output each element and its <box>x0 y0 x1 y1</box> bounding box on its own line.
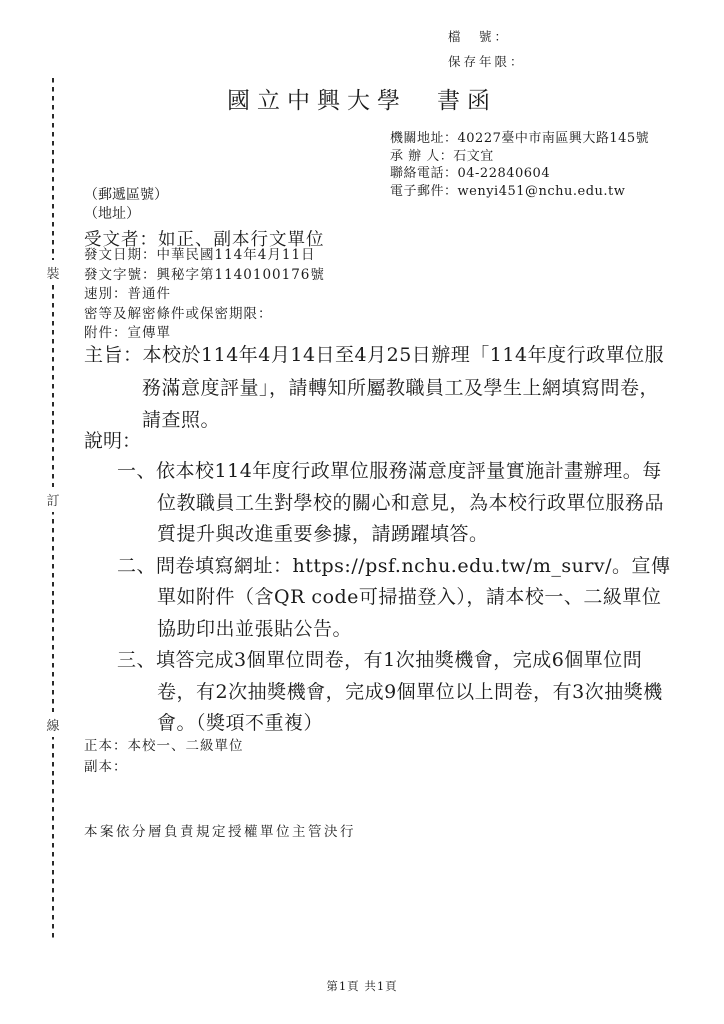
item-number: 二、 <box>117 555 156 577</box>
item-text: 依本校114年度行政單位服務滿意度評量實施計畫辦理。每位教職員工生對學校的關心和… <box>156 460 664 545</box>
original-recipients-line: 正本：本校一、二級單位 <box>84 736 244 757</box>
description-item-3: 三、填答完成3個單位問卷，有1次抽獎機會，完成6個單位問卷，有2次抽獎機會，完成… <box>117 645 673 740</box>
address-placeholder: （地址） <box>84 205 325 224</box>
postal-code-placeholder: （郵遞區號） <box>84 186 325 205</box>
document-title: 國立中興大學 書函 <box>0 82 724 115</box>
distribution-block: 正本：本校一、二級單位 副本： <box>84 736 244 778</box>
subject-text: 本校於114年4月14日至4月25日辦理「114年度行政單位服務滿意度評量」，請… <box>142 344 664 431</box>
retention-period-label: 保存年限： <box>448 49 526 74</box>
binding-mark-zhuang: 裝 <box>45 260 61 285</box>
page-number-footer: 第1頁 共1頁 <box>0 978 724 994</box>
binding-mark-xian: 線 <box>45 712 61 737</box>
recipient-block: （郵遞區號） （地址） 受文者：如正、副本行文單位 <box>84 186 325 251</box>
subject-label: 主旨： <box>84 344 143 366</box>
item-text: 填答完成3個單位問卷，有1次抽獎機會，完成6個單位問卷，有2次抽獎機會，完成9個… <box>156 649 663 734</box>
description-items: 一、依本校114年度行政單位服務滿意度評量實施計畫辦理。每位教職員工生對學校的關… <box>117 456 673 740</box>
authorization-note: 本案依分層負責規定授權單位主管決行 <box>84 820 356 840</box>
agency-email: 電子郵件：wenyi451@nchu.edu.tw <box>390 183 649 201</box>
item-number: 三、 <box>117 649 156 671</box>
subject-paragraph: 主旨：本校於114年4月14日至4月25日辦理「114年度行政單位服務滿意度評量… <box>84 339 666 437</box>
security-class-line: 密等及解密條件或保密期限： <box>84 305 325 325</box>
description-label: 說明： <box>84 426 141 453</box>
agency-contact-person: 承 辦 人：石文宜 <box>390 148 649 166</box>
file-info-block: 檔 號： 保存年限： <box>448 24 526 74</box>
official-letter-page: { "file_info": { "file_no": "檔 號：", "ret… <box>0 0 724 1024</box>
description-item-2: 二、問卷填寫網址：https://psf.nchu.edu.tw/m_surv/… <box>117 551 673 646</box>
description-item-1: 一、依本校114年度行政單位服務滿意度評量實施計畫辦理。每位教職員工生對學校的關… <box>117 456 673 551</box>
document-metadata: 發文日期：中華民國114年4月11日 發文字號：興秘字第1140100176號 … <box>84 246 325 344</box>
item-number: 一、 <box>117 460 156 482</box>
item-text: 問卷填寫網址：https://psf.nchu.edu.tw/m_surv/。宣… <box>156 555 671 640</box>
agency-address: 機關地址：40227臺中市南區興大路145號 <box>390 130 649 148</box>
file-number-label: 檔 號： <box>448 24 526 49</box>
agency-contact-block: 機關地址：40227臺中市南區興大路145號 承 辦 人：石文宜 聯絡電話：04… <box>390 130 649 200</box>
speed-class-line: 速別：普通件 <box>84 285 325 305</box>
issue-number-line: 發文字號：興秘字第1140100176號 <box>84 266 325 286</box>
binding-mark-ding: 訂 <box>45 487 61 512</box>
issue-date-line: 發文日期：中華民國114年4月11日 <box>84 246 325 266</box>
copy-recipients-line: 副本： <box>84 757 244 778</box>
agency-phone: 聯絡電話：04-22840604 <box>390 165 649 183</box>
